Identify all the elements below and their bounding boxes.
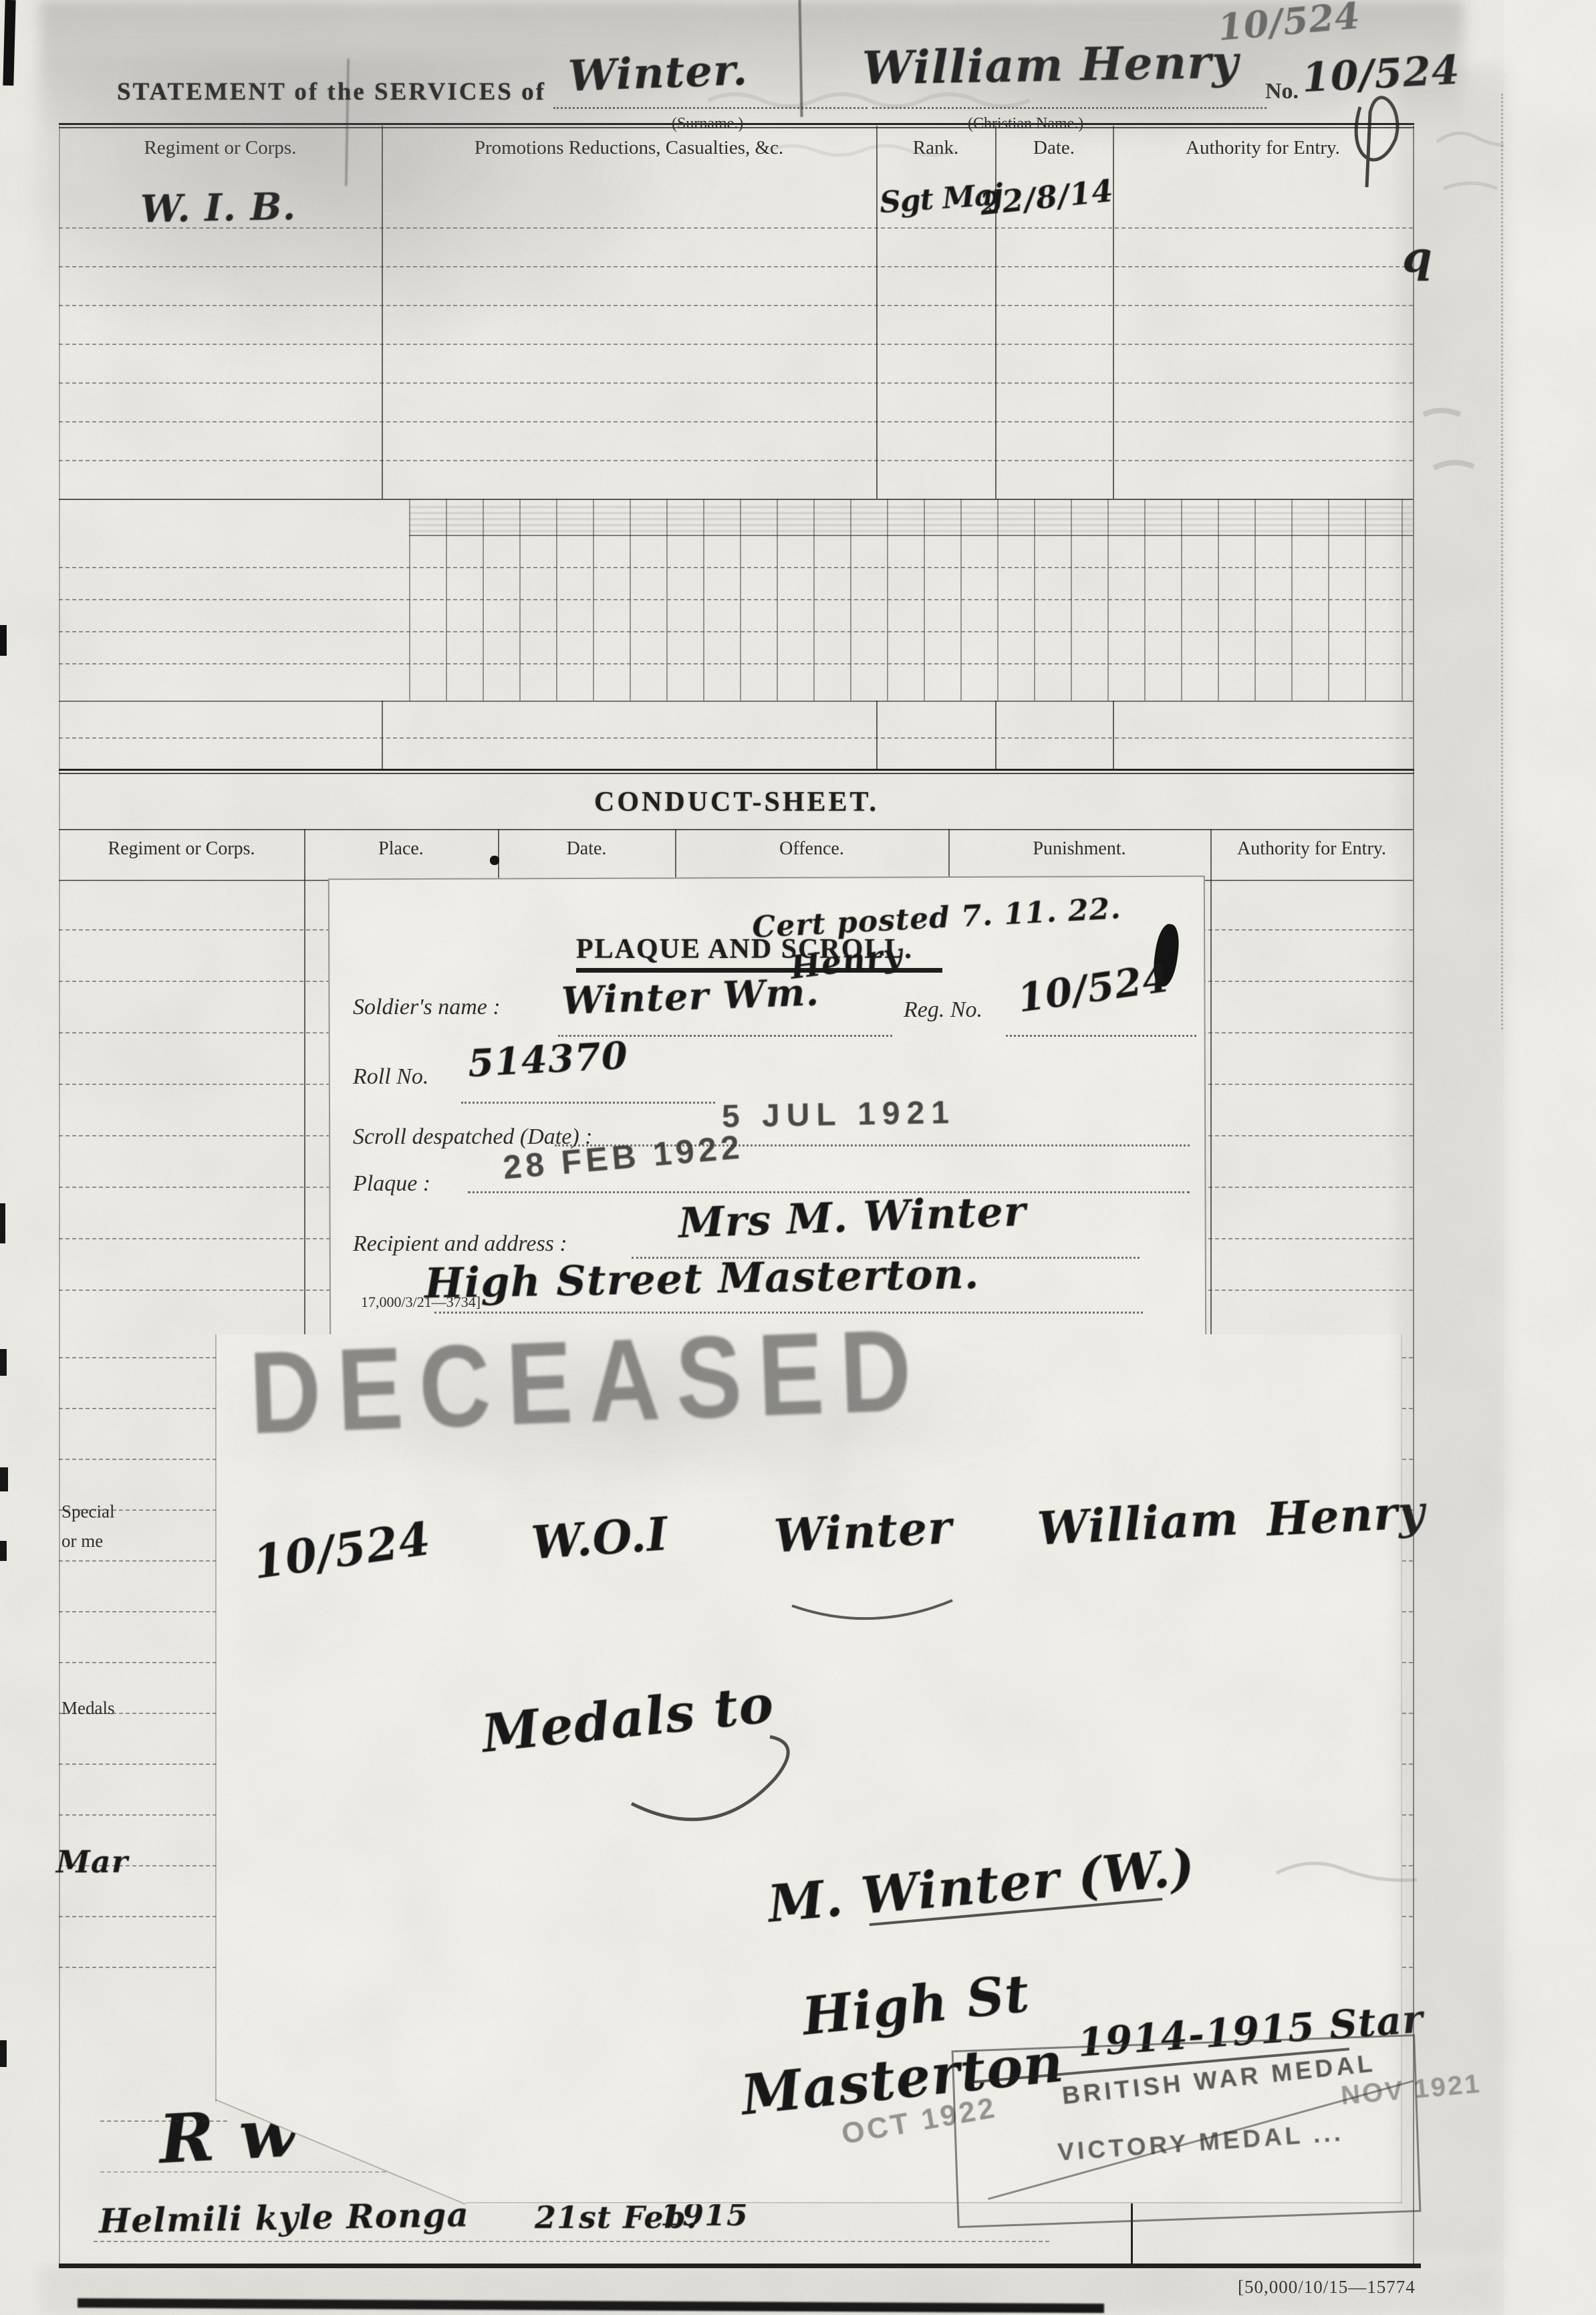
column-line xyxy=(304,829,305,1337)
conduct-col-punishment: Punishment. xyxy=(948,838,1210,860)
subtable-tiny-headers xyxy=(409,503,1413,532)
service-line-unit: W.O.I xyxy=(529,1507,670,1570)
conduct-col-place: Place. xyxy=(304,838,498,860)
recipient-label: Recipient and address : xyxy=(353,1231,567,1257)
print-code-card: 17,000/3/21—3734] xyxy=(361,1294,481,1311)
bottom-rule xyxy=(59,2264,1421,2268)
paper-crease xyxy=(798,0,803,117)
scan-edge-mark xyxy=(3,0,15,86)
scroll-date-stamp: 5 JUL 1921 xyxy=(722,1094,956,1135)
ruled-line xyxy=(59,382,1413,384)
service-line-names2: Henry xyxy=(1265,1485,1426,1547)
page-edge-dotted xyxy=(1501,94,1503,1029)
ruled-line xyxy=(59,631,1413,632)
ruled-line xyxy=(59,266,1413,267)
column-line xyxy=(382,701,383,770)
ruled-line xyxy=(59,460,1413,461)
scan-edge-mark xyxy=(0,1541,7,1561)
col-header-regiment: Regiment or Corps. xyxy=(59,137,382,159)
margin-label-special: Special xyxy=(61,1501,114,1522)
roll-no-value: 514370 xyxy=(467,1033,629,1086)
recipient-address: High Street Masterton. xyxy=(424,1249,980,1308)
scan-edge-mark xyxy=(0,1349,7,1376)
soldiers-name-label: Soldier's name : xyxy=(353,995,501,1020)
table-rule xyxy=(59,773,1414,774)
col-header-promotions: Promotions Reductions, Casualties, &c. xyxy=(382,137,876,159)
scan-edge-mark xyxy=(0,1467,8,1491)
ruled-line xyxy=(409,535,1413,536)
scan-edge-mark xyxy=(0,1203,5,1243)
scanner-margin xyxy=(1504,0,1596,2315)
left-margin-line xyxy=(59,126,60,2268)
no-label: No. xyxy=(1265,79,1299,104)
christian-name-caption: (Christian Name.) xyxy=(968,115,1083,133)
scan-edge-mark xyxy=(0,625,7,656)
plaque-label: Plaque : xyxy=(353,1171,430,1197)
scan-edge-shadow xyxy=(78,2298,1104,2313)
service-number-handwritten: 10/524 xyxy=(1301,47,1461,102)
service-line-names: William xyxy=(1036,1492,1240,1556)
column-line xyxy=(1210,829,1212,1337)
service-line-surname: Winter xyxy=(773,1501,954,1564)
dotted-line xyxy=(1006,1035,1196,1037)
regiment-entry: W. I. B. xyxy=(140,185,296,231)
column-line xyxy=(995,701,996,770)
surname-caption: (Surname.) xyxy=(672,115,743,133)
ruled-line xyxy=(59,701,1413,702)
ruled-line xyxy=(59,305,1413,306)
conduct-col-regiment: Regiment or Corps. xyxy=(59,838,304,860)
conduct-sheet-title: CONDUCT-SHEET. xyxy=(59,786,1414,818)
ruled-line xyxy=(94,2241,1049,2242)
col-header-rank: Rank. xyxy=(876,137,995,159)
card-edge xyxy=(215,1334,217,2102)
bottom-handwriting-place: Helmili kyle Ronga xyxy=(99,2195,470,2241)
scanned-service-record: Regiment or Corps. Promotions Reductions… xyxy=(0,0,1596,2315)
col-header-authority: Authority for Entry. xyxy=(1113,137,1413,159)
signature-line xyxy=(553,107,868,109)
margin-handwriting: Mar xyxy=(56,1844,128,1880)
conduct-col-authority: Authority for Entry. xyxy=(1210,838,1413,860)
roll-no-label: Roll No. xyxy=(353,1064,428,1090)
surname-handwritten: Winter. xyxy=(567,45,749,101)
margin-note: q xyxy=(1402,233,1433,283)
ruled-line xyxy=(100,2120,227,2122)
column-line xyxy=(382,126,383,499)
right-margin-line xyxy=(1413,126,1414,2268)
form-title: STATEMENT of the SERVICES of xyxy=(117,78,546,106)
scan-edge-mark xyxy=(0,2040,7,2067)
col-header-date: Date. xyxy=(995,137,1113,159)
christian-name-handwritten: William Henry xyxy=(861,35,1239,96)
conduct-col-date: Date. xyxy=(498,838,675,860)
column-line xyxy=(1113,126,1114,499)
print-code-bottom: [50,000/10/15—15774 xyxy=(1238,2277,1416,2298)
margin-label-or-me: or me xyxy=(61,1531,103,1552)
signature-line xyxy=(872,107,1267,109)
table-rule xyxy=(59,769,1414,771)
reg-no-label: Reg. No. xyxy=(904,997,982,1023)
ruled-line xyxy=(59,737,1413,739)
column-line xyxy=(1113,701,1114,770)
ink-dot xyxy=(490,856,499,865)
ruled-line xyxy=(59,663,1413,664)
conduct-col-offence: Offence. xyxy=(675,838,948,860)
soldiers-name-value: Winter Wm. xyxy=(561,970,820,1023)
deceased-stamp: DECEASED xyxy=(247,1304,930,1461)
column-line xyxy=(876,701,878,770)
pencil-number: 10/524 xyxy=(1216,0,1362,49)
margin-label-medals: Medals xyxy=(61,1698,114,1719)
ruled-line xyxy=(59,567,1413,568)
ruled-line xyxy=(59,599,1413,600)
column-line xyxy=(876,126,878,499)
dotted-line xyxy=(461,1102,715,1104)
ruled-line xyxy=(59,344,1413,345)
ruled-line xyxy=(59,421,1413,422)
